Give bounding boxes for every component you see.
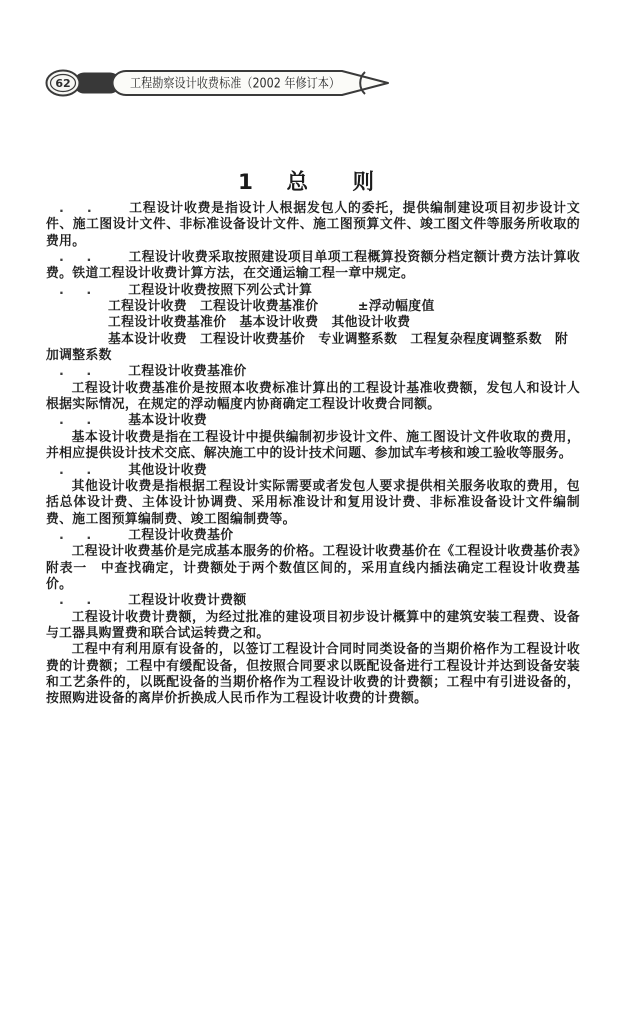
paragraph-text: 工程设计收费基准价 bbox=[128, 364, 246, 379]
chapter-title: 1总 则 bbox=[222, 140, 374, 196]
body-paragraph: 工程设计收费基价是完成基本服务的价格。工程设计收费基价在《工程设计收费基价表》 … bbox=[46, 544, 580, 593]
section-number-remnant: . . bbox=[59, 413, 100, 428]
section-number-remnant: . . bbox=[59, 250, 100, 265]
clause-paragraph: . .工程设计收费采取按照建设项目单项工程概算投资额分档定额计费方法计算收费。铁… bbox=[46, 250, 580, 283]
paragraph-text: 其他设计收费 bbox=[128, 463, 207, 478]
paragraph-text: 工程设计收费计费额，为经过批准的建设项目初步设计概算中的建筑安装工程费、设备与工… bbox=[46, 610, 580, 641]
paragraph-text: 工程设计收费是指设计人根据发包人的委托，提供编制建设项目初步设计文件、施工图设计… bbox=[46, 201, 580, 249]
chapter-number: 1 bbox=[238, 170, 253, 195]
clause-paragraph: . .基本设计收费 bbox=[46, 413, 580, 429]
section-number-remnant: . . bbox=[59, 201, 101, 216]
paragraph-text: 工程设计收费基准价是按照本收费标准计算出的工程设计基准收费额，发包人和设计人根据… bbox=[46, 381, 580, 412]
body-paragraph: 工程设计收费计费额，为经过批准的建设项目初步设计概算中的建筑安装工程费、设备与工… bbox=[46, 610, 580, 643]
paragraph-text: 工程设计收费采取按照建设项目单项工程概算投资额分档定额计费方法计算收费。铁道工程… bbox=[46, 250, 580, 281]
paragraph-text: 其他设计收费是指根据工程设计实际需要或者发包人要求提供相关服务收取的费用，包括总… bbox=[46, 479, 580, 527]
page-number: 62 bbox=[55, 77, 70, 90]
body-paragraph: 工程中有利用原有设备的，以签订工程设计合同时同类设备的当期价格作为工程设计收费的… bbox=[46, 642, 580, 707]
section-number-remnant: . . bbox=[59, 593, 100, 608]
clause-paragraph: . .其他设计收费 bbox=[46, 463, 580, 479]
clause-paragraph: . .工程设计收费基准价 bbox=[46, 364, 580, 380]
page-header: 62 工程勘察设计收费标准（2002 年修订本） bbox=[44, 64, 396, 102]
paragraph-text: 基本设计收费是指在工程设计中提供编制初步设计文件、施工图设计文件收取的费用，并相… bbox=[46, 430, 580, 461]
paragraph-text: 基本设计收费 工程设计收费基价 专业调整系数 工程复杂程度调整系数 附加调整系数 bbox=[46, 332, 568, 363]
body-paragraph: 工程设计收费基准价是按照本收费标准计算出的工程设计基准收费额，发包人和设计人根据… bbox=[46, 381, 580, 414]
chapter-title-text: 总 则 bbox=[286, 170, 374, 195]
scanned-document-page: { "header": { "page_number": "62", "bann… bbox=[0, 0, 620, 1018]
clause-paragraph: . .工程设计收费计费额 bbox=[46, 593, 580, 609]
paragraph-text: 工程设计收费基价是完成基本服务的价格。工程设计收费基价在《工程设计收费基价表》 … bbox=[46, 544, 593, 592]
formula-paragraph: 工程设计收费 工程设计收费基准价 ±浮动幅度值 bbox=[46, 299, 580, 315]
paragraph-text: 工程中有利用原有设备的，以签订工程设计合同时同类设备的当期价格作为工程设计收费的… bbox=[46, 642, 580, 706]
section-number-remnant: . . bbox=[59, 463, 100, 478]
clause-paragraph: . .工程设计收费基价 bbox=[46, 528, 580, 544]
paragraph-text: 工程设计收费基价 bbox=[128, 528, 233, 543]
paragraph-text: 工程设计收费计费额 bbox=[128, 593, 246, 608]
body-paragraph: 其他设计收费是指根据工程设计实际需要或者发包人要求提供相关服务收取的费用，包括总… bbox=[46, 479, 580, 528]
formula-paragraph: 基本设计收费 工程设计收费基价 专业调整系数 工程复杂程度调整系数 附加调整系数 bbox=[46, 332, 580, 365]
paragraph-text: 工程设计收费按照下列公式计算 bbox=[128, 283, 312, 298]
clause-paragraph: . .工程设计收费是指设计人根据发包人的委托，提供编制建设项目初步设计文件、施工… bbox=[46, 201, 580, 250]
body-paragraph: 基本设计收费是指在工程设计中提供编制初步设计文件、施工图设计文件收取的费用，并相… bbox=[46, 430, 580, 463]
section-number-remnant: . . bbox=[59, 364, 100, 379]
paragraph-text: 工程设计收费基准价 基本设计收费 其他设计收费 bbox=[108, 315, 410, 330]
document-body: . .工程设计收费是指设计人根据发包人的委托，提供编制建设项目初步设计文件、施工… bbox=[46, 201, 580, 708]
section-number-remnant: . . bbox=[59, 528, 100, 543]
formula-paragraph: 工程设计收费基准价 基本设计收费 其他设计收费 bbox=[46, 315, 580, 331]
paragraph-text: 基本设计收费 bbox=[128, 413, 207, 428]
header-book-title: 工程勘察设计收费标准（2002 年修订本） bbox=[130, 76, 340, 92]
clause-paragraph: . .工程设计收费按照下列公式计算 bbox=[46, 283, 580, 299]
paragraph-text: 工程设计收费 工程设计收费基准价 ±浮动幅度值 bbox=[108, 299, 435, 314]
section-number-remnant: . . bbox=[59, 283, 100, 298]
header-ribbon-graphic: 62 工程勘察设计收费标准（2002 年修订本） bbox=[44, 64, 396, 102]
